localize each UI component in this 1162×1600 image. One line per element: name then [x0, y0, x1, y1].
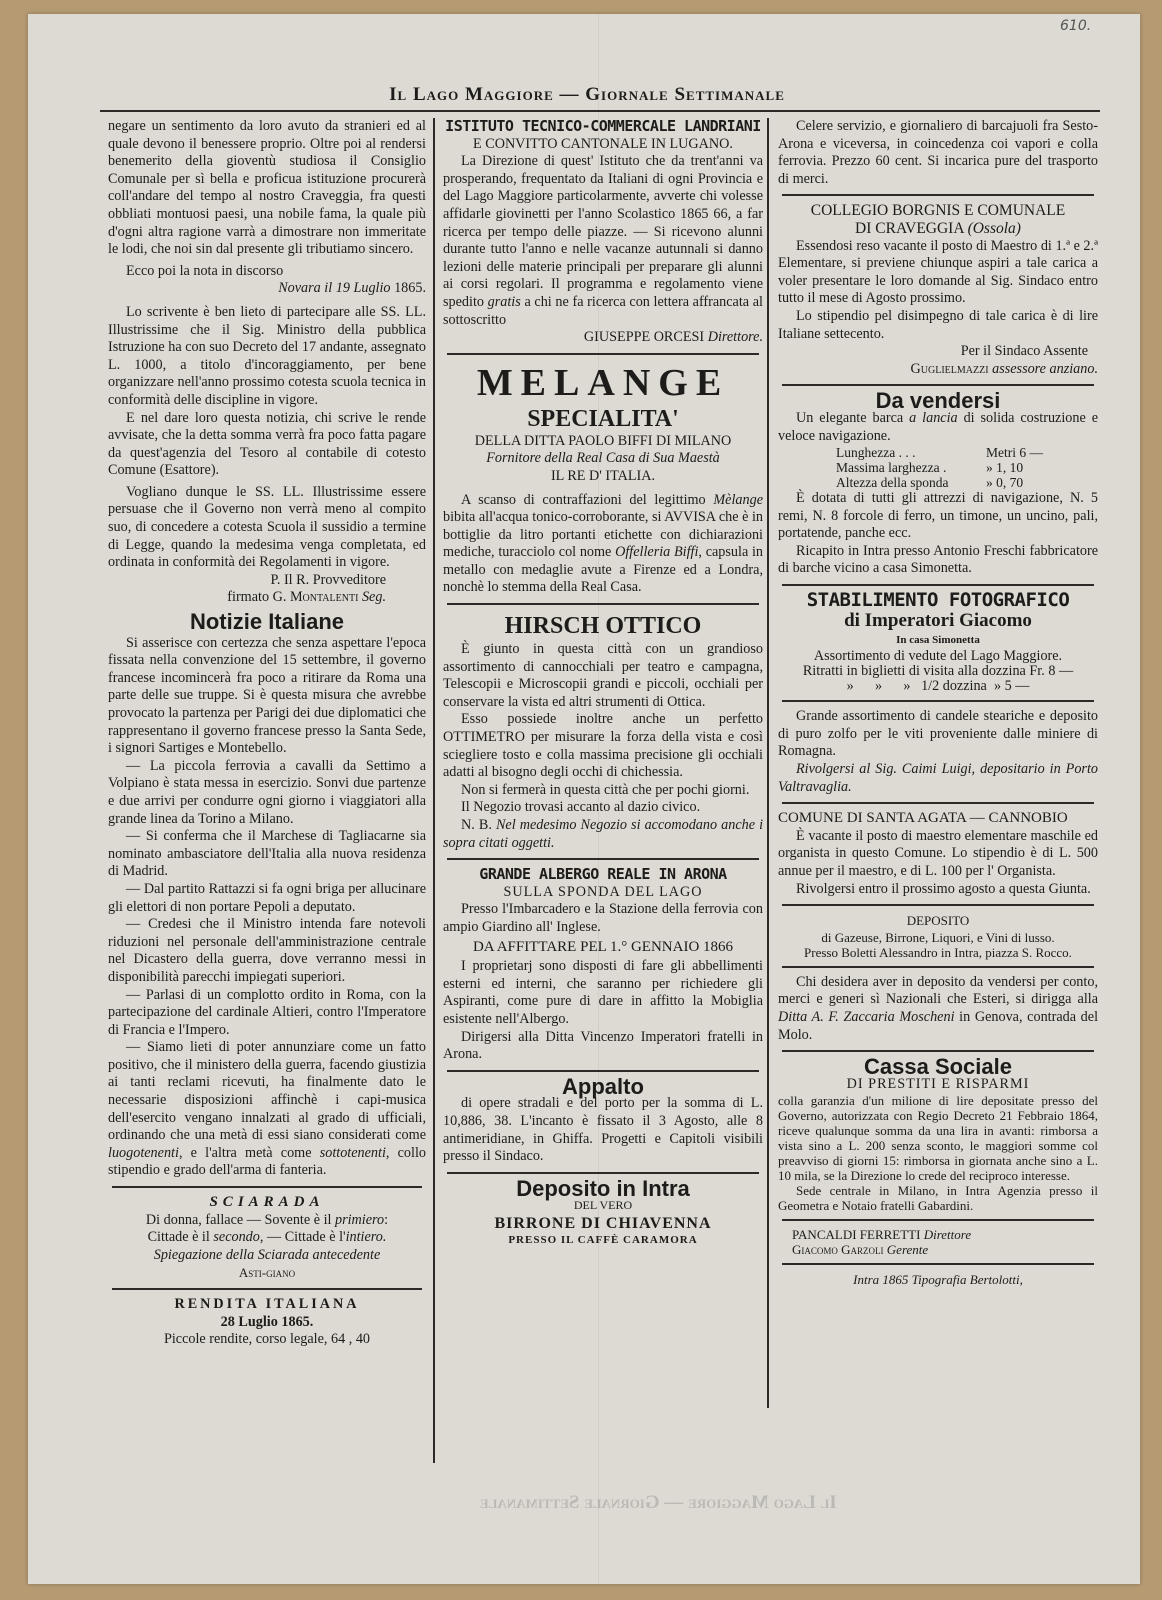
- masthead-title: Il Lago Maggiore — Giornale Settimanale: [72, 84, 1102, 106]
- deposito-intra-title: Deposito in Intra: [443, 1180, 763, 1198]
- section-rule: [447, 858, 759, 860]
- imprint-printer: Intra 1865 Tipografia Bertolotti,: [778, 1271, 1098, 1289]
- sciarada-title: SCIARADA: [108, 1194, 426, 1212]
- collegio-signature: Per il Sindaco Assente: [778, 343, 1098, 361]
- re-line: IL RE D' ITALIA.: [443, 468, 763, 486]
- albergo-title: GRANDE ALBERGO REALE IN ARONA: [443, 866, 763, 884]
- imprint-director: PANCALDI FERRETTI Direttore: [778, 1227, 1098, 1242]
- albergo-body: Dirigersi alla Ditta Vincenzo Imperatori…: [443, 1029, 763, 1064]
- cassa-body: colla garanzia d'un milione di lire depo…: [778, 1093, 1098, 1183]
- vendersi-title: Da vendersi: [778, 392, 1098, 410]
- note-paragraph: Lo scrivente è ben lieto di partecipare …: [108, 304, 426, 410]
- albergo-affitto: DA AFFITTARE PEL 1.° GENNAIO 1866: [443, 939, 763, 957]
- news-item: — Credesi che il Ministro intenda fare n…: [108, 916, 426, 986]
- albergo-subtitle: SULLA SPONDA DEL LAGO: [443, 884, 763, 902]
- section-rule: [782, 384, 1094, 386]
- candele-contact: Rivolgersi al Sig. Caimi Luigi, deposita…: [778, 761, 1098, 796]
- sciarada-answer: Asti-giano: [108, 1264, 426, 1282]
- istituto-subtitle: E CONVITTO CANTONALE IN LUGANO.: [443, 136, 763, 154]
- article-continuation: negare un sentimento da loro avuto da st…: [108, 118, 426, 259]
- melange-title: MELANGE: [443, 361, 763, 405]
- albergo-body: I proprietarj sono disposti di fare gli …: [443, 958, 763, 1028]
- istituto-title: ISTITUTO TECNICO-COMMERCALE LANDRIANI: [443, 118, 763, 136]
- deposito-line: di Gazeuse, Birrone, Liquori, e Vini di …: [778, 930, 1098, 945]
- istituto-signature: GIUSEPPE ORCESI Direttore.: [443, 329, 763, 347]
- news-item: — Si conferma che il Marchese di Tagliac…: [108, 828, 426, 881]
- section-rule: [782, 194, 1094, 196]
- collegio-signature: Guglielmazzi assessore anziano.: [778, 361, 1098, 379]
- collegio-subtitle: DI CRAVEGGIA (Ossola): [778, 220, 1098, 238]
- column-divider: [767, 118, 769, 1408]
- hirsch-body: Esso possiede inoltre anche un perfetto …: [443, 711, 763, 781]
- bleed-through-masthead: Il Lago Maggiore — Giornale Settimanale: [480, 1492, 837, 1514]
- page-number-note: 610.: [1060, 18, 1091, 34]
- sciarada-line: Di donna, fallace — Sovente è il primier…: [108, 1212, 426, 1230]
- section-rule: [782, 802, 1094, 804]
- hirsch-title: HIRSCH OTTICO: [443, 611, 763, 641]
- table-row: Lunghezza . . .Metri 6 —: [836, 445, 1098, 460]
- santa-agata-body: È vacante il posto di maestro elementare…: [778, 828, 1098, 881]
- masthead-rule: [100, 110, 1100, 112]
- fornitore-line: Fornitore della Real Casa di Sua Maestà: [443, 450, 763, 468]
- section-rule: [782, 966, 1094, 968]
- fotografico-line: Ritratti in biglietti di visita alla doz…: [778, 664, 1098, 679]
- news-item: — Siamo lieti di poter annunziare come u…: [108, 1039, 426, 1180]
- section-rule: [447, 603, 759, 605]
- collegio-body: Essendosi reso vacante il posto di Maest…: [778, 238, 1098, 308]
- imprint-manager: Giacomo Garzoli Gerente: [778, 1242, 1098, 1257]
- column-1: negare un sentimento da loro avuto da st…: [108, 118, 426, 1349]
- vendersi-body: È dotata di tutti gli attrezzi di naviga…: [778, 490, 1098, 543]
- cassa-subtitle: DI PRESTITI E RISPARMI: [778, 1076, 1098, 1094]
- melange-body: A scanso di contraffazioni del legittimo…: [443, 492, 763, 598]
- news-item: — Dal partito Rattazzi si fa ogni briga …: [108, 881, 426, 916]
- news-item: Si asserisce con certezza che senza aspe…: [108, 635, 426, 758]
- appalto-title: Appalto: [443, 1078, 763, 1096]
- section-heading-notizie: Notizie Italiane: [108, 613, 426, 631]
- news-item: — La piccola ferrovia a cavalli da Setti…: [108, 758, 426, 828]
- hirsch-body: Non si fermerà in questa città che per p…: [443, 782, 763, 800]
- section-rule: [782, 584, 1094, 586]
- deposito-vero: DEL VERO: [443, 1197, 763, 1215]
- vendersi-body: Un elegante barca a lancia di solida cos…: [778, 410, 1098, 445]
- caffe-line: PRESSO IL CAFFÈ CARAMORA: [443, 1232, 763, 1250]
- biffi-line: DELLA DITTA PAOLO BIFFI DI MILANO: [443, 433, 763, 451]
- santa-agata-body: Rivolgersi entro il prossimo agosto a qu…: [778, 881, 1098, 899]
- section-rule: [447, 1172, 759, 1174]
- moscheni-body: Chi desidera aver in deposito da venders…: [778, 974, 1098, 1044]
- column-3: Celere servizio, e giornaliero di barcaj…: [778, 118, 1098, 1289]
- news-item: — Parlasi di un complotto ordito in Roma…: [108, 987, 426, 1040]
- candele-body: Grande assortimento di candele steariche…: [778, 708, 1098, 761]
- section-rule: [447, 1070, 759, 1072]
- albergo-body: Presso l'Imbarcadero e la Stazione della…: [443, 901, 763, 936]
- sciarada-line: Cittade è il secondo, — Cittade è l'inti…: [108, 1229, 426, 1247]
- section-rule: [112, 1288, 422, 1290]
- deposito-title: DEPOSITO: [778, 912, 1098, 930]
- section-rule: [782, 1050, 1094, 1052]
- table-row: Massima larghezza .» 1, 10: [836, 460, 1098, 475]
- signature-line: P. Il R. Provveditore: [108, 572, 426, 590]
- column-divider: [433, 118, 435, 1463]
- section-rule: [782, 700, 1094, 702]
- hirsch-body: Il Negozio trovasi accanto al dazio civi…: [443, 799, 763, 817]
- istituto-body: La Direzione di quest' Istituto che da t…: [443, 153, 763, 329]
- fotografico-line: » » » 1/2 dozzina » 5 —: [778, 679, 1098, 694]
- column-2: ISTITUTO TECNICO-COMMERCALE LANDRIANI E …: [443, 118, 763, 1250]
- section-rule: [782, 904, 1094, 906]
- santa-agata-title: COMUNE DI SANTA AGATA — CANNOBIO: [778, 810, 1098, 828]
- appalto-body: di opere stradali e del porto per la som…: [443, 1095, 763, 1165]
- section-rule: [447, 353, 759, 355]
- cassa-body: Sede centrale in Milano, in Intra Agenzi…: [778, 1183, 1098, 1213]
- note-date: Novara il 19 Luglio 1865.: [108, 280, 426, 298]
- collegio-title: COLLEGIO BORGNIS E COMUNALE: [778, 202, 1098, 220]
- signature-line: firmato G. Montalenti Seg.: [108, 589, 426, 607]
- note-intro: Ecco poi la nota in discorso: [108, 263, 426, 281]
- section-rule: [112, 1186, 422, 1188]
- fotografico-line: Assortimento di vedute del Lago Maggiore…: [778, 649, 1098, 664]
- cassa-title: Cassa Sociale: [778, 1058, 1098, 1076]
- section-rule: [782, 1219, 1094, 1221]
- table-row: Altezza della sponda» 0, 70: [836, 475, 1098, 490]
- vendersi-body: Ricapito in Intra presso Antonio Freschi…: [778, 543, 1098, 578]
- rendita-date: 28 Luglio 1865.: [108, 1314, 426, 1332]
- fotografico-casa: In casa Simonetta: [778, 632, 1098, 650]
- fotografico-title: STABILIMENTO FOTOGRAFICO: [778, 592, 1098, 610]
- deposito-line: Presso Boletti Alessandro in Intra, piaz…: [778, 945, 1098, 960]
- specialita-title: SPECIALITA': [443, 405, 763, 433]
- sciarada-explanation: Spiegazione della Sciarada antecedente: [108, 1247, 426, 1265]
- note-paragraph: Vogliano dunque le SS. LL. Illustrissime…: [108, 484, 426, 572]
- boat-dimensions-table: Lunghezza . . .Metri 6 — Massima larghez…: [836, 445, 1098, 490]
- rendita-title: RENDITA ITALIANA: [108, 1296, 426, 1314]
- birrone-line: BIRRONE DI CHIAVENNA: [443, 1215, 763, 1233]
- fotografico-subtitle: di Imperatori Giacomo: [778, 610, 1098, 632]
- note-paragraph: E nel dare loro questa notizia, chi scri…: [108, 410, 426, 480]
- hirsch-note: N. B. Nel medesimo Negozio si accomodano…: [443, 817, 763, 852]
- barcajuoli-body: Celere servizio, e giornaliero di barcaj…: [778, 118, 1098, 188]
- collegio-body: Lo stipendio pel disimpegno di tale cari…: [778, 308, 1098, 343]
- rendita-line: Piccole rendite, corso legale, 64 , 40: [108, 1331, 426, 1349]
- section-rule: [782, 1263, 1094, 1265]
- hirsch-body: È giunto in questa città con un grandios…: [443, 641, 763, 711]
